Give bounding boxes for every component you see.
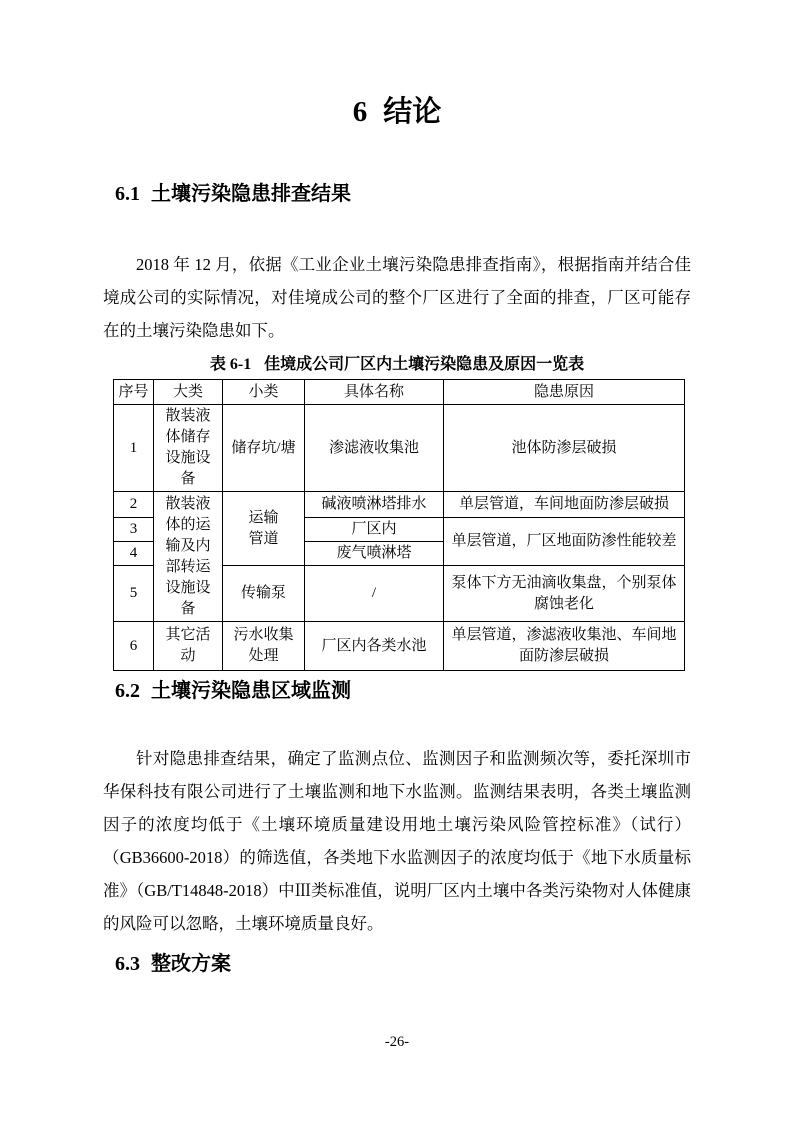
- cell-r2-name: 碱液喷淋塔排水: [305, 492, 444, 518]
- cell-r5-subcategory: 传输泵: [223, 566, 305, 622]
- cell-r2to4-subcategory: 运输 管道: [223, 492, 305, 566]
- section-number-6-1: 6.1: [115, 183, 140, 205]
- header-seq: 序号: [114, 380, 154, 405]
- section-title-6-2: 土壤污染隐患区域监测: [151, 680, 351, 702]
- chapter-title: 6结论: [103, 0, 691, 129]
- section-heading-6-3: 6.3整改方案: [103, 951, 691, 977]
- header-subcategory: 小类: [223, 380, 305, 405]
- cell-r6-no: 6: [114, 622, 154, 671]
- section-heading-6-1: 6.1土壤污染隐患排查结果: [103, 181, 691, 207]
- cell-r3-name: 厂区内: [305, 518, 444, 542]
- document-page: 6结论 6.1土壤污染隐患排查结果 2018 年 12 月，依据《工业企业土壤污…: [0, 0, 794, 1123]
- table-header-row: 序号 大类 小类 具体名称 隐患原因: [114, 380, 685, 405]
- cell-r6-subcategory: 污水收集处理: [223, 622, 305, 671]
- cell-r5-reason: 泵体下方无油滴收集盘，个别泵体腐蚀老化: [444, 566, 685, 622]
- table-row: 6 其它活动 污水收集处理 厂区内各类水池 单层管道，渗滤液收集池、车间地面防渗…: [114, 622, 685, 671]
- chapter-title-text: 结论: [383, 96, 441, 128]
- page-number: -26-: [0, 1033, 794, 1051]
- cell-r3-no: 3: [114, 518, 154, 542]
- cell-r4-name: 废气喷淋塔: [305, 542, 444, 566]
- table-caption-title: 佳境成公司厂区内土壤污染隐患及原因一览表: [264, 356, 584, 373]
- chapter-number: 6: [353, 96, 368, 128]
- cell-r1-no: 1: [114, 405, 154, 492]
- section-number-6-3: 6.3: [115, 953, 140, 975]
- cell-r2-reason: 单层管道，车间地面防渗层破损: [444, 492, 685, 518]
- section-title-6-3: 整改方案: [151, 953, 231, 975]
- cell-r5-no: 5: [114, 566, 154, 622]
- table-row: 1 散装液体储存设施设备 储存坑/塘 渗滤液收集池 池体防渗层破损: [114, 405, 685, 492]
- paragraph-monitoring: 针对隐患排查结果，确定了监测点位、监测因子和监测频次等，委托深圳市华保科技有限公…: [103, 742, 691, 940]
- cell-r1-subcategory: 储存坑/塘: [223, 405, 305, 492]
- hidden-danger-table: 序号 大类 小类 具体名称 隐患原因 1 散装液体储存设施设备 储存坑/塘 渗滤…: [113, 379, 685, 671]
- header-reason: 隐患原因: [444, 380, 685, 405]
- cell-r4-no: 4: [114, 542, 154, 566]
- header-category: 大类: [154, 380, 223, 405]
- page-content: 6结论 6.1土壤污染隐患排查结果 2018 年 12 月，依据《工业企业土壤污…: [0, 0, 794, 977]
- cell-r1-reason: 池体防渗层破损: [444, 405, 685, 492]
- section-title-6-1: 土壤污染隐患排查结果: [151, 183, 351, 205]
- cell-r6-name: 厂区内各类水池: [305, 622, 444, 671]
- table-caption-label: 表 6-1: [210, 356, 251, 373]
- cell-r2-no: 2: [114, 492, 154, 518]
- cell-r5-name: /: [305, 566, 444, 622]
- cell-r1-name: 渗滤液收集池: [305, 405, 444, 492]
- section-heading-6-2: 6.2土壤污染隐患区域监测: [103, 678, 691, 704]
- table-caption: 表 6-1佳境成公司厂区内土壤污染隐患及原因一览表: [103, 354, 691, 376]
- cell-r2to5-category: 散装液体的运输及内部转运设施设备: [154, 492, 223, 622]
- cell-r1-category: 散装液体储存设施设备: [154, 405, 223, 492]
- paragraph-survey-result: 2018 年 12 月，依据《工业企业土壤污染隐患排查指南》，根据指南并结合佳境…: [103, 248, 691, 347]
- section-number-6-2: 6.2: [115, 680, 140, 702]
- table-row: 2 散装液体的运输及内部转运设施设备 运输 管道 碱液喷淋塔排水 单层管道，车间…: [114, 492, 685, 518]
- cell-r3to4-reason: 单层管道，厂区地面防渗性能较差: [444, 518, 685, 566]
- header-name: 具体名称: [305, 380, 444, 405]
- cell-r6-category: 其它活动: [154, 622, 223, 671]
- cell-r6-reason: 单层管道，渗滤液收集池、车间地面防渗层破损: [444, 622, 685, 671]
